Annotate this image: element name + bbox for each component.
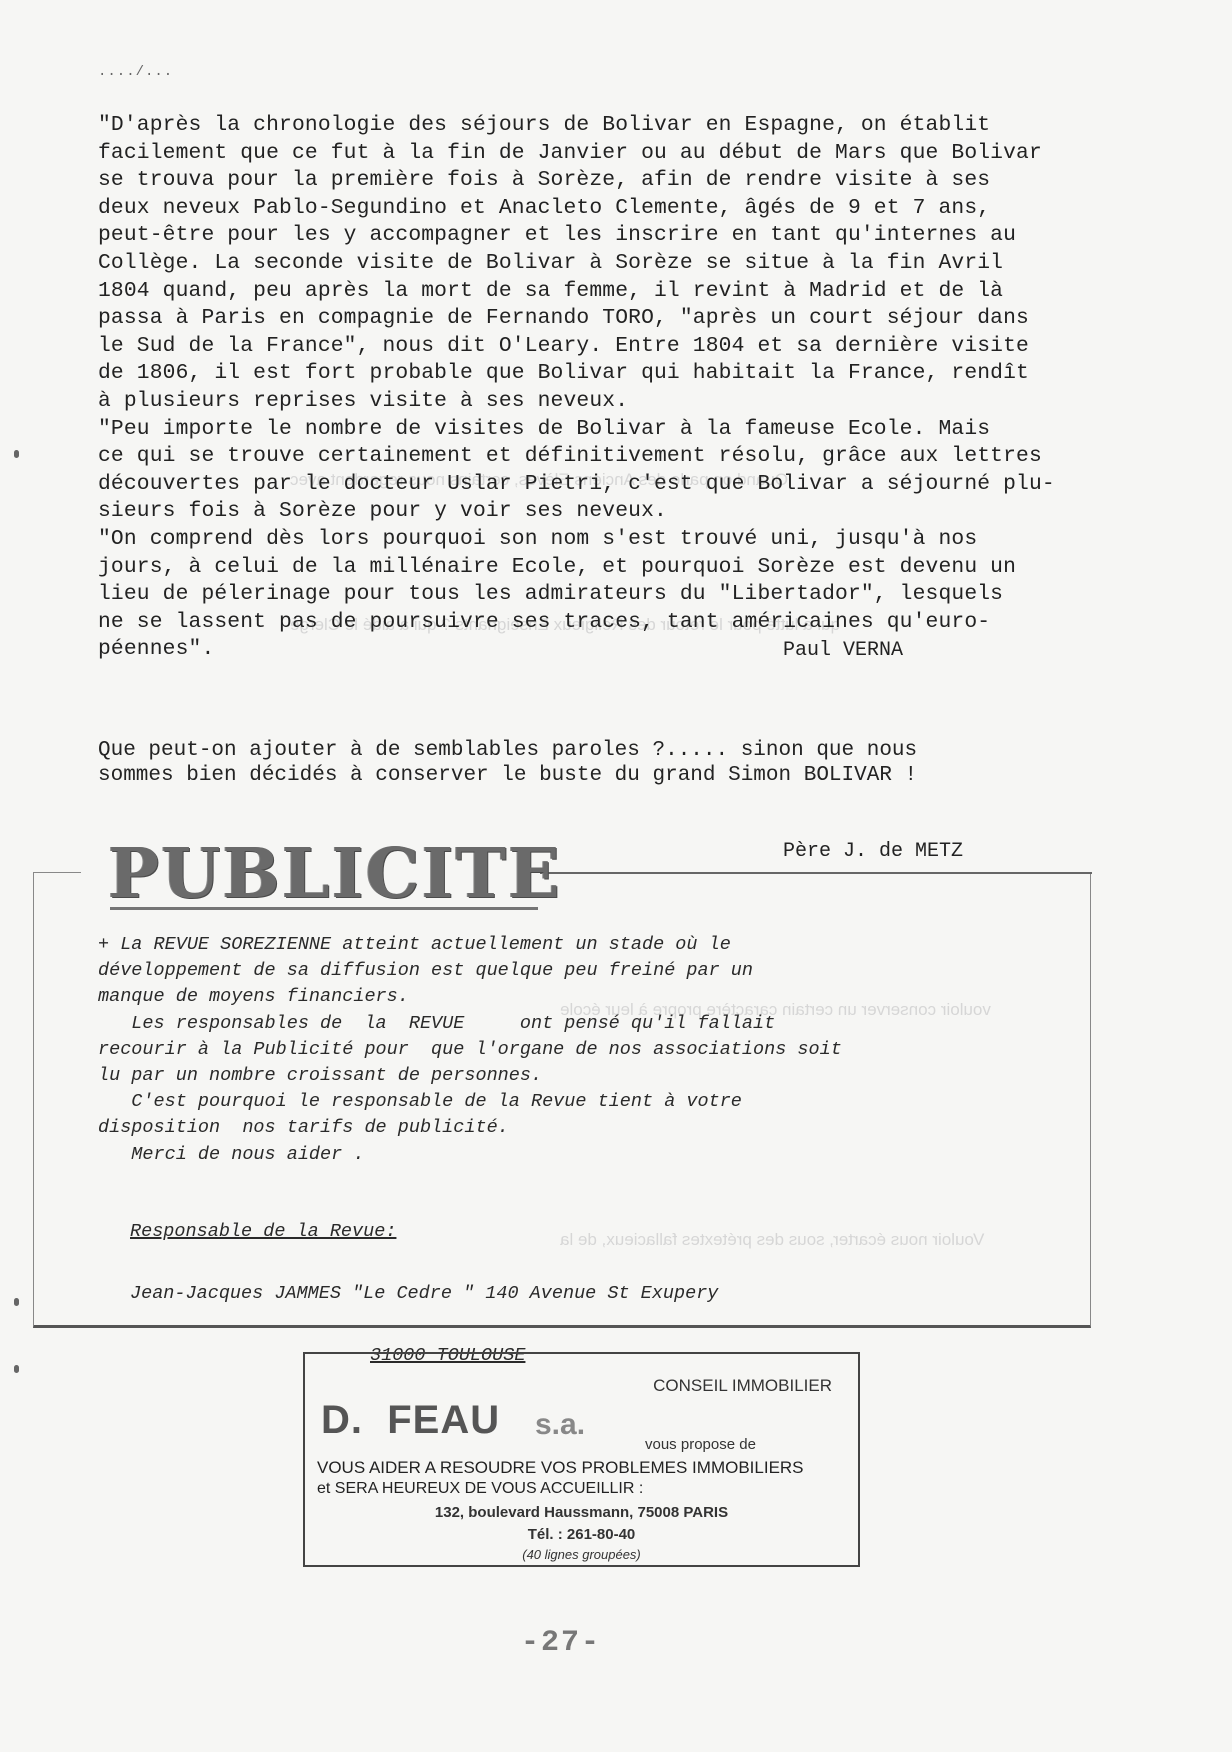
publicite-line: lu par un nombre croissant de personnes. (98, 1063, 842, 1089)
publicite-box-top-border-left (33, 872, 81, 873)
publicite-body: + La REVUE SOREZIENNE atteint actuelleme… (98, 932, 842, 1168)
punch-mark (14, 1365, 19, 1373)
contact-label: Responsable de la Revue: (130, 1219, 718, 1245)
punch-mark (14, 1298, 19, 1306)
ad-company-suffix: s.a. (535, 1408, 585, 1442)
publicite-line: développement de sa diffusion est quelqu… (98, 958, 842, 984)
closing-line: Que peut-on ajouter à de semblables paro… (98, 738, 917, 763)
ad-phone: Tél. : 261-80-40 (305, 1526, 858, 1543)
closing-paragraph: Que peut-on ajouter à de semblables paro… (98, 738, 917, 788)
quote-line: le Sud de la France", nous dit O'Leary. … (98, 333, 1055, 361)
quote-line: peut-être pour les y accompagner et les … (98, 222, 1055, 250)
quote-line: ne se lassent pas de poursuivre ses trac… (98, 609, 1055, 637)
quote-line: "Peu importe le nombre de visites de Bol… (98, 416, 1055, 444)
quote-line: découvertes par le docteur Uslar Pietri,… (98, 471, 1055, 499)
ad-line-2: et SERA HEUREUX DE VOUS ACCUEILLIR : (317, 1480, 643, 1498)
ad-line-1: VOUS AIDER A RESOUDRE VOS PROBLEMES IMMO… (317, 1458, 804, 1478)
publicite-box-top-border (540, 872, 1092, 874)
quote-line: "On comprend dès lors pourquoi son nom s… (98, 526, 1055, 554)
closing-author: Père J. de METZ (783, 840, 963, 863)
quote-line: à plusieurs reprises visite à ses neveux… (98, 388, 1055, 416)
publicite-line: + La REVUE SOREZIENNE atteint actuelleme… (98, 932, 842, 958)
ad-tagline: CONSEIL IMMOBILIER (653, 1376, 832, 1396)
ad-propose: vous propose de (645, 1436, 756, 1453)
continuation-mark: ..../... (98, 64, 173, 80)
quote-line: ce qui se trouve certainement et définit… (98, 443, 1055, 471)
quote-author: Paul VERNA (783, 639, 903, 662)
page-number: -27- (521, 1626, 601, 1660)
contact-line: Jean-Jacques JAMMES "Le Cedre " 140 Aven… (130, 1281, 718, 1307)
publicite-heading: PUBLICITE (108, 842, 562, 906)
quote-paragraph: "D'après la chronologie des séjours de B… (98, 112, 1055, 664)
publicite-line: disposition nos tarifs de publicité. (98, 1115, 842, 1141)
quote-line: péennes". (98, 636, 1055, 664)
quote-line: Collège. La seconde visite de Bolivar à … (98, 250, 1055, 278)
quote-line: lieu de pélerinage pour tous les admirat… (98, 581, 1055, 609)
quote-line: deux neveux Pablo-Segundino et Anacleto … (98, 195, 1055, 223)
closing-line: sommes bien décidés à conserver le buste… (98, 763, 917, 788)
publicite-line: C'est pourquoi le responsable de la Revu… (98, 1089, 842, 1115)
feau-advertisement: CONSEIL IMMOBILIER D. FEAU s.a. vous pro… (303, 1352, 860, 1567)
quote-line: facilement que ce fut à la fin de Janvie… (98, 140, 1055, 168)
quote-line: de 1806, il est fort probable que Boliva… (98, 360, 1055, 388)
quote-line: jours, à celui de la millénaire Ecole, e… (98, 554, 1055, 582)
publicite-line: recourir à la Publicité pour que l'organ… (98, 1037, 842, 1063)
quote-line: sieurs fois à Sorèze pour y voir ses nev… (98, 498, 1055, 526)
quote-line: "D'après la chronologie des séjours de B… (98, 112, 1055, 140)
publicite-line: Merci de nous aider . (98, 1142, 842, 1168)
ad-company-name: D. FEAU (321, 1398, 500, 1443)
publicite-line: manque de moyens financiers. (98, 984, 842, 1010)
quote-line: passa à Paris en compagnie de Fernando T… (98, 305, 1055, 333)
quote-line: 1804 quand, peu après la mort de sa femm… (98, 278, 1055, 306)
publicite-heading-underline (110, 907, 538, 910)
quote-line: se trouva pour la première fois à Sorèze… (98, 167, 1055, 195)
ad-phone-note: (40 lignes groupées) (305, 1547, 858, 1562)
punch-mark (14, 450, 19, 458)
publicite-line: Les responsables de la REVUE ont pensé q… (98, 1011, 842, 1037)
ad-address: 132, boulevard Haussmann, 75008 PARIS (305, 1504, 858, 1521)
